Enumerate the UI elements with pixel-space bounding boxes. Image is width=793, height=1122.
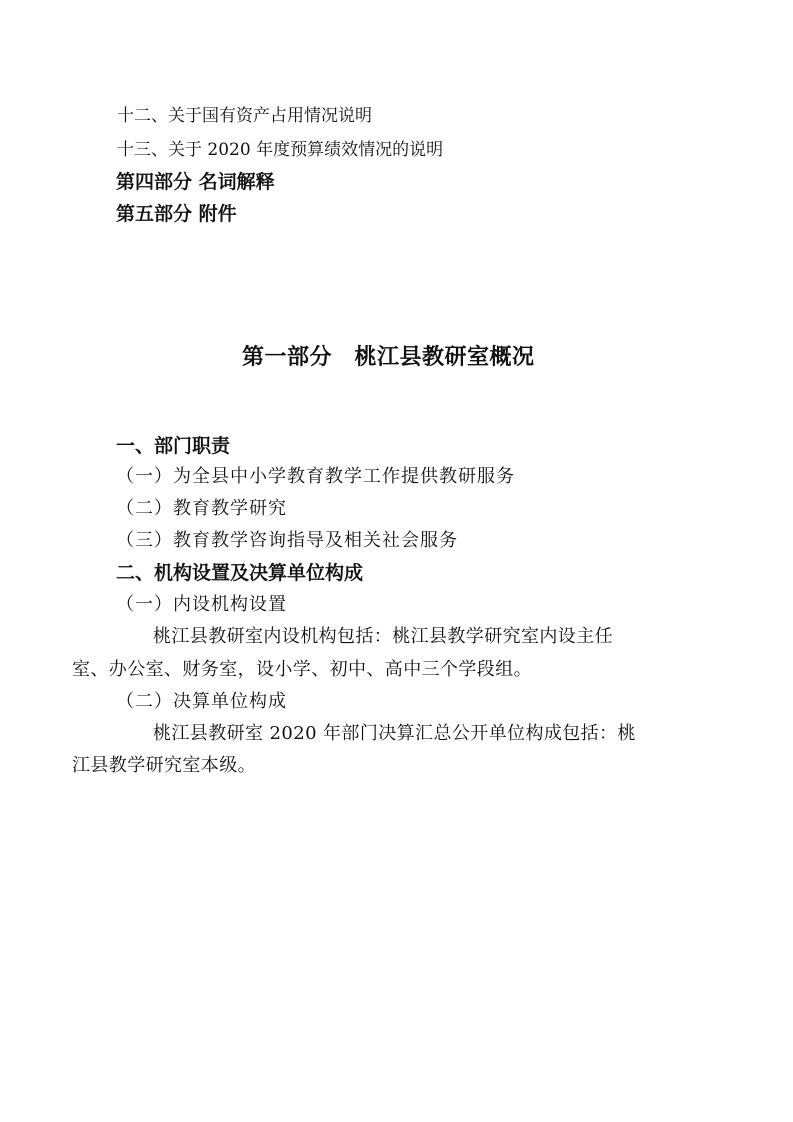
toc-item-12: 十二、关于国有资产占用情况说明 xyxy=(117,101,372,126)
part-title: 第一部分 桃江县教研室概况 xyxy=(242,340,535,371)
duty-item-3: （三）教育教学咨询指导及相关社会服务 xyxy=(116,526,458,552)
section-heading-duties: 一、部门职责 xyxy=(116,431,230,458)
toc-part-4: 第四部分 名词解释 xyxy=(116,167,275,194)
section-heading-organization: 二、机构设置及决算单位构成 xyxy=(116,558,363,585)
duty-item-2: （二）教育教学研究 xyxy=(116,494,287,520)
units-para-line-2: 江县教学研究室本级。 xyxy=(72,751,256,777)
subsection-heading-units: （二）决算单位构成 xyxy=(116,687,287,713)
internal-para-line-2: 室、办公室、财务室，设小学、初中、高中三个学段组。 xyxy=(72,655,532,681)
duty-item-1: （一）为全县中小学教育教学工作提供教研服务 xyxy=(116,462,515,488)
internal-para-line-1: 桃江县教研室内设机构包括：桃江县教学研究室内设主任 xyxy=(153,622,613,648)
subsection-heading-internal: （一）内设机构设置 xyxy=(116,590,287,616)
toc-part-5: 第五部分 附件 xyxy=(116,199,237,226)
toc-item-13: 十三、关于 2020 年度预算绩效情况的说明 xyxy=(117,135,443,160)
units-para-line-1: 桃江县教研室 2020 年部门决算汇总公开单位构成包括：桃 xyxy=(153,719,636,745)
